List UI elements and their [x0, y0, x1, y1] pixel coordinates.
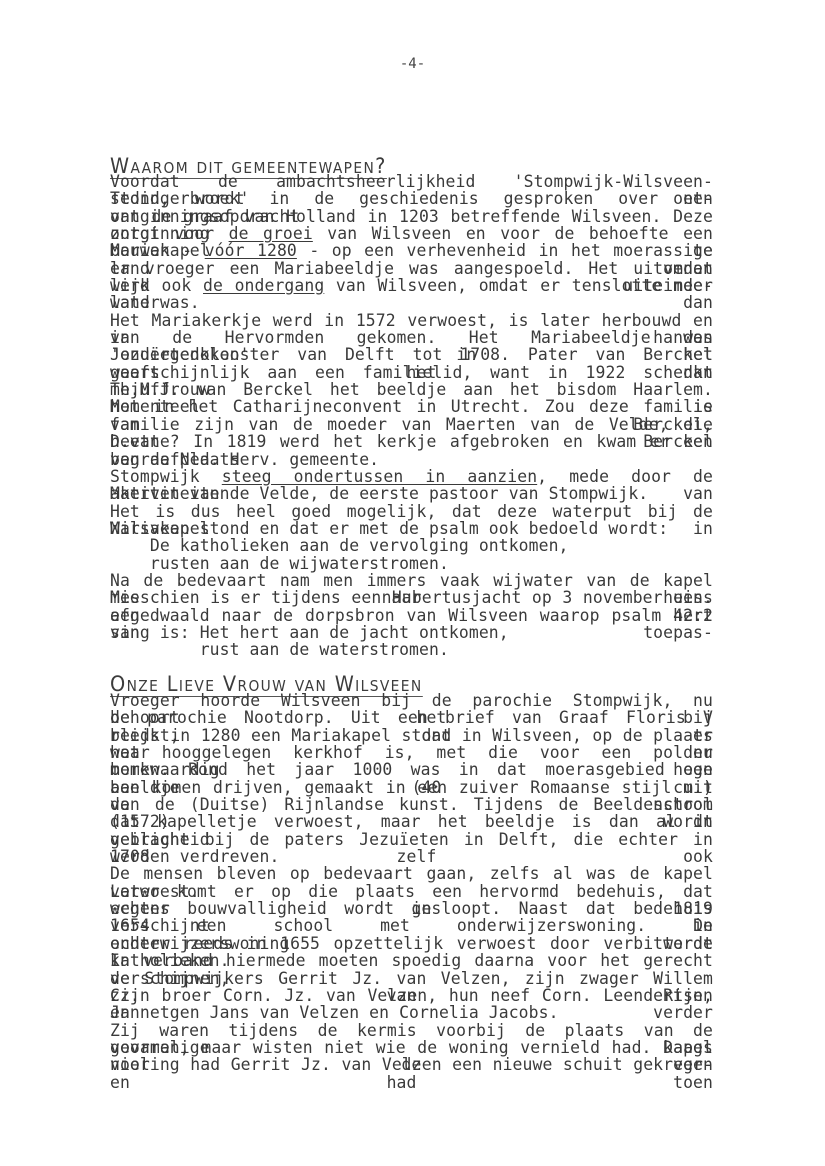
text-line: er vroeger een Mariabeeldje was aangespo…: [110, 260, 713, 277]
text-line: Na de bedevaart nam men immers vaak wijw…: [110, 572, 713, 589]
text-line: de Stompwijkers Gerrit Jz. van Velzen, z…: [110, 970, 713, 987]
page-number: -4-: [0, 56, 825, 72]
text-line: reeds in 1280 een Mariakapel stond in Wi…: [110, 727, 713, 744]
text-line: gebracht bij de paters Jezuïeten in Delf…: [110, 831, 713, 848]
text-line: rusten aan de wijwaterstromen.: [110, 555, 713, 572]
text-line: zijn broer Corn. Jz. van Velzen, hun nee…: [110, 987, 713, 1004]
text-line: heette? In 1819 werd het kerkje afgebrok…: [110, 433, 713, 450]
text-line: waarschijnlijk aan een familielid, want …: [110, 364, 713, 381]
text-line: familie zijn van de moeder van Maerten v…: [110, 416, 713, 433]
text-line: lijk ook de ondergang van Wilsveen, omda…: [110, 277, 713, 294]
text-line: wegens bouwvalligheid wordt gesloopt. Na…: [110, 900, 713, 917]
text-line: de parochie Nootdorp. Uit een brief van …: [110, 709, 713, 726]
text-line: nieling had Gerrit Jz. van Velzen een ni…: [110, 1056, 713, 1073]
section-body-onze-lieve-vrouw: Vroeger hoorde Wilsveen bij de parochie …: [110, 692, 713, 1074]
text-line: rust aan de waterstromen.: [110, 641, 713, 658]
text-line: Later komt er op die plaats een hervormd…: [110, 883, 713, 900]
text-line: van de Ned. Herv. gemeente.: [110, 451, 713, 468]
text-line: aan komen drijven, gemaakt in een zuiver…: [110, 779, 713, 796]
text-line: Wilsveen stond en dat er met de psalm oo…: [110, 520, 713, 537]
text-line: bouwen - vóór 1280 - op een verhevenheid…: [110, 242, 713, 259]
text-line: afgedwaald naar de dorpsbron van Wilsvee…: [110, 607, 713, 624]
text-line: De mensen bleven op bedevaart gaan, zelf…: [110, 865, 713, 882]
text-line: Jezuïetenklooster van Delft tot 1708. Pa…: [110, 346, 713, 363]
text-line: echter reeds in 1655 opzettelijk verwoes…: [110, 935, 713, 952]
text-line: het in het Catharijneconvent in Utrecht.…: [110, 398, 713, 415]
underlined-phrase: steeg ondertussen in aanzien: [222, 467, 537, 486]
text-line: zorgt voor de groei van Wilsveen en voor…: [110, 225, 713, 242]
section-body-gemeentewapen: Voordat de ambachtsheerlijkheid 'Stompwi…: [110, 173, 713, 659]
text-line: De katholieken aan de vervolging ontkome…: [110, 537, 713, 554]
text-line: Het is dus heel goed mogelijk, dat deze …: [110, 503, 713, 520]
text-line: Voordat de ambachtsheerlijkheid 'Stompwi…: [110, 173, 713, 190]
text-line: Zij waren tijdens de kermis voorbij de p…: [110, 1022, 713, 1039]
text-line: bomen. Rond het jaar 1000 was in dat moe…: [110, 761, 713, 778]
text-line: In verband hiermede moeten spoedig daarn…: [110, 952, 713, 969]
text-line: het hooggelegen kerkhof is, met die voor…: [110, 744, 713, 761]
text-line: Stompwijk steeg ondertussen in aanzien, …: [110, 468, 713, 485]
text-line: dat kapelletje verwoest, maar het beeldj…: [110, 813, 713, 830]
text-line: Vroeger hoorde Wilsveen bij de parochie …: [110, 692, 713, 709]
text-line: Het Mariakerkje werd in 1572 verwoest, i…: [110, 312, 713, 329]
text-line: van de Hervormden gekomen. Het Mariabeel…: [110, 329, 713, 346]
text-line: 1654 een school met onderwijzerswoning. …: [110, 917, 713, 934]
text-line: stond, wordt in de geschiedenis gesproke…: [110, 190, 713, 207]
text-line: Misschien is er tijdens een Hubertusjach…: [110, 589, 713, 606]
text-line: Th.M.J. van Berckel het beeldje aan het …: [110, 381, 713, 398]
underlined-phrase: de ondergang: [203, 276, 324, 295]
text-line: Maerten van de Velde, de eerste pastoor …: [110, 485, 713, 502]
text-line: gevaren, maar wisten niet wie de woning …: [110, 1039, 713, 1056]
underlined-phrase: vóór 1280: [205, 241, 297, 260]
underlined-phrase: de groei: [229, 224, 313, 243]
text-line: van de (Duitse) Rijnlandse kunst. Tijden…: [110, 796, 713, 813]
text-line: van de graaf van Holland in 1203 betreff…: [110, 208, 713, 225]
